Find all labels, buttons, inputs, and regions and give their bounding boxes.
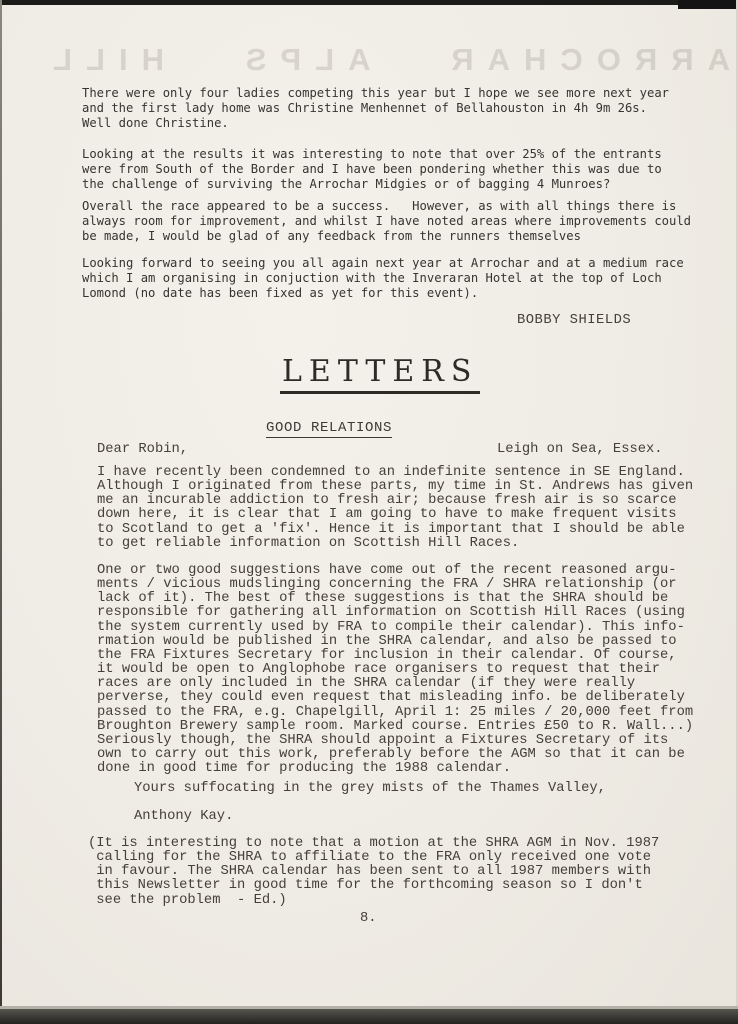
race-report-paragraph-4: Looking forward to seeing you all again … xyxy=(82,256,684,302)
letter-sender-location: Leigh on Sea, Essex. xyxy=(497,443,663,457)
letter-salutation: Dear Robin, xyxy=(97,443,188,457)
scan-edge-top-right xyxy=(678,0,738,9)
bleedthrough-title: ARROCHAR ALPS HILL RACE xyxy=(0,42,730,78)
letter-paragraph-2: One or two good suggestions have come ou… xyxy=(97,564,693,776)
letter-paragraph-1: I have recently been condemned to an ind… xyxy=(97,466,693,551)
scan-edge-top xyxy=(0,0,738,5)
page-number: 8. xyxy=(360,911,377,926)
race-report-paragraph-1: There were only four ladies competing th… xyxy=(82,86,669,132)
letter-signature: Anthony Kay. xyxy=(134,810,233,824)
letter-signoff: Yours suffocating in the grey mists of t… xyxy=(134,782,606,796)
race-report-paragraph-3: Overall the race appeared to be a succes… xyxy=(82,199,691,245)
scanned-newsletter-page: ARROCHAR ALPS HILL RACE There were only … xyxy=(0,0,738,1024)
race-report-paragraph-2: Looking at the results it was interestin… xyxy=(82,147,662,193)
letters-section-heading: LETTERS xyxy=(280,354,480,394)
scan-edge-left xyxy=(0,0,2,1024)
letter-title: GOOD RELATIONS xyxy=(266,420,392,438)
editor-note: (It is interesting to note that a motion… xyxy=(88,837,659,908)
scan-edge-bottom xyxy=(0,1009,738,1024)
race-report-signature: BOBBY SHIELDS xyxy=(517,314,631,328)
